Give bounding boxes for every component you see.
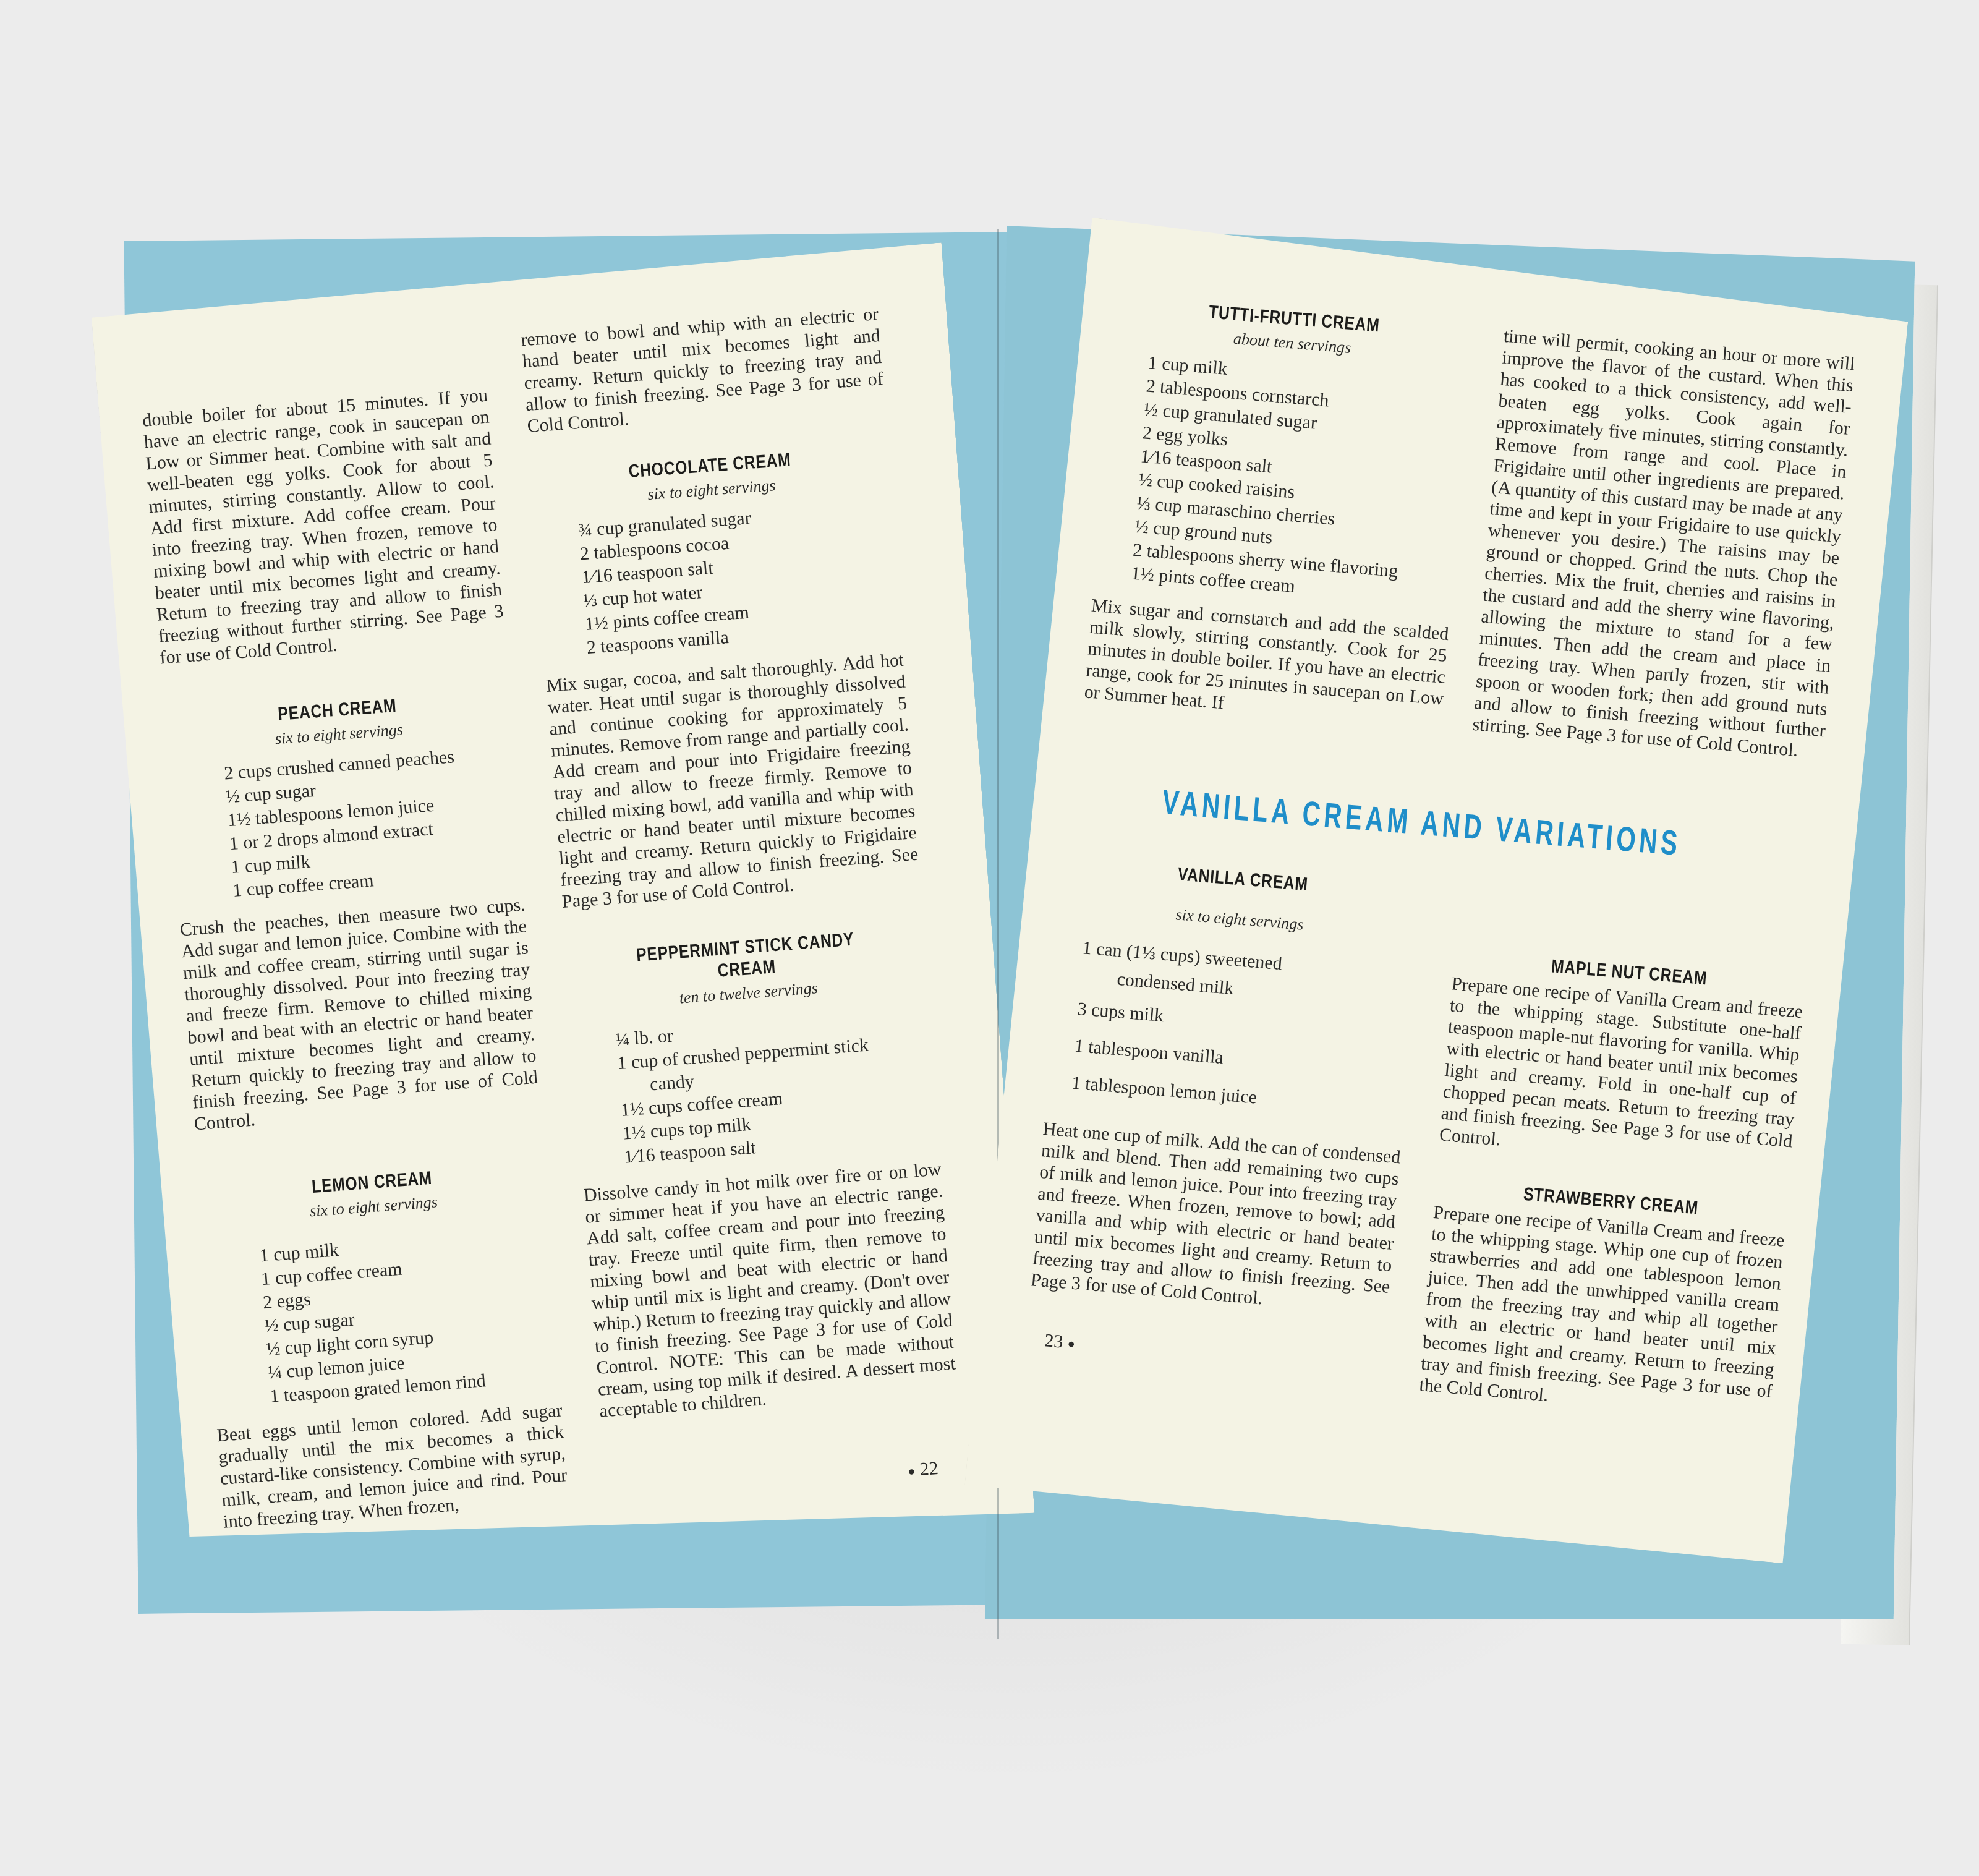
recipe-vanilla-cream: VANILLA CREAM six to eight servings 1 ca… xyxy=(1030,855,1423,1320)
recipe-directions: Beat eggs until lemon colored. Add sugar… xyxy=(216,1399,569,1533)
ingredient-list: ¾ cup granulated sugar 2 tablespoons coc… xyxy=(534,496,902,663)
recipe-strawberry-cream: STRAWBERRY CREAM Prepare one recipe of V… xyxy=(1418,1176,1787,1424)
recipe-title: VANILLA CREAM xyxy=(1096,857,1390,902)
recipe-directions-continued: time will permit, cooking an hour or mor… xyxy=(1471,325,1855,764)
page-number-22: 22 xyxy=(907,1458,939,1482)
section-heading: VANILLA CREAM AND VARIATIONS xyxy=(1160,782,1682,863)
recipe-directions: Heat one cup of milk. Add the can of con… xyxy=(1030,1118,1402,1320)
bullet-icon xyxy=(907,1460,916,1481)
recipe-directions: Prepare one recipe of Vanilla Cream and … xyxy=(1439,973,1804,1174)
right-page-column-1-bottom: VANILLA CREAM six to eight servings 1 ca… xyxy=(1030,855,1423,1320)
right-page-column-2-bottom: MAPLE NUT CREAM Prepare one recipe of Va… xyxy=(1416,948,1806,1461)
recipe-peach-cream: PEACH CREAM six to eight servings 2 cups… xyxy=(164,686,540,1135)
left-page: double boiler for about 15 minutes. If y… xyxy=(90,242,1034,1575)
ingredient-list: 1 cup milk 2 tablespoons cornstarch ½ cu… xyxy=(1093,348,1470,611)
ingredient-list: ¼ lb. or 1 cup of crushed peppermint sti… xyxy=(572,1005,940,1172)
right-page: TUTTI-FRUTTI CREAM about ten servings 1 … xyxy=(964,215,1911,1565)
left-page-column-2: remove to bowl and whip with an electric… xyxy=(520,303,961,1459)
recipe-maple-nut-cream: MAPLE NUT CREAM Prepare one recipe of Va… xyxy=(1439,948,1806,1174)
recipe-lemon-cream: LEMON CREAM six to eight servings 1 cup … xyxy=(198,1159,569,1532)
right-page-column-2-top: time will permit, cooking an hour or mor… xyxy=(1471,325,1855,764)
ingredient-list: 2 cups crushed canned peaches ½ cup suga… xyxy=(168,741,523,906)
recipe-tutti-frutti-cream: TUTTI-FRUTTI CREAM about ten servings 1 … xyxy=(1084,294,1474,731)
recipe-directions: Mix sugar and cornstarch and add the sca… xyxy=(1084,595,1450,731)
recipe-directions: Mix sugar, cocoa, and salt thoroughly. A… xyxy=(545,649,921,913)
right-page-column-1-top: TUTTI-FRUTTI CREAM about ten servings 1 … xyxy=(1084,294,1474,731)
left-page-column-1: double boiler for about 15 minutes. If y… xyxy=(142,385,572,1570)
recipe-directions: Dissolve candy in hot milk over fire or … xyxy=(583,1158,958,1422)
bullet-icon xyxy=(1067,1332,1076,1353)
recipe-chocolate-cream: CHOCOLATE CREAM six to eight servings ¾ … xyxy=(530,441,921,913)
recipe-directions: Crush the peaches, then measure two cups… xyxy=(179,893,540,1135)
recipe-peppermint-stick-candy-cream: PEPPERMINT STICK CANDY CREAM ten to twel… xyxy=(566,923,958,1422)
recipe-directions: Prepare one recipe of Vanilla Cream and … xyxy=(1418,1201,1785,1424)
continuation-text: remove to bowl and whip with an electric… xyxy=(520,303,885,437)
ingredient-list: 1 can (1⅓ cups) sweetened condensed milk… xyxy=(1045,932,1416,1128)
page-number-23: 23 xyxy=(1044,1330,1076,1354)
ingredient-list: 1 cup milk 1 cup coffee cream 2 eggs ½ c… xyxy=(203,1223,561,1412)
continuation-text: double boiler for about 15 minutes. If y… xyxy=(142,385,506,669)
